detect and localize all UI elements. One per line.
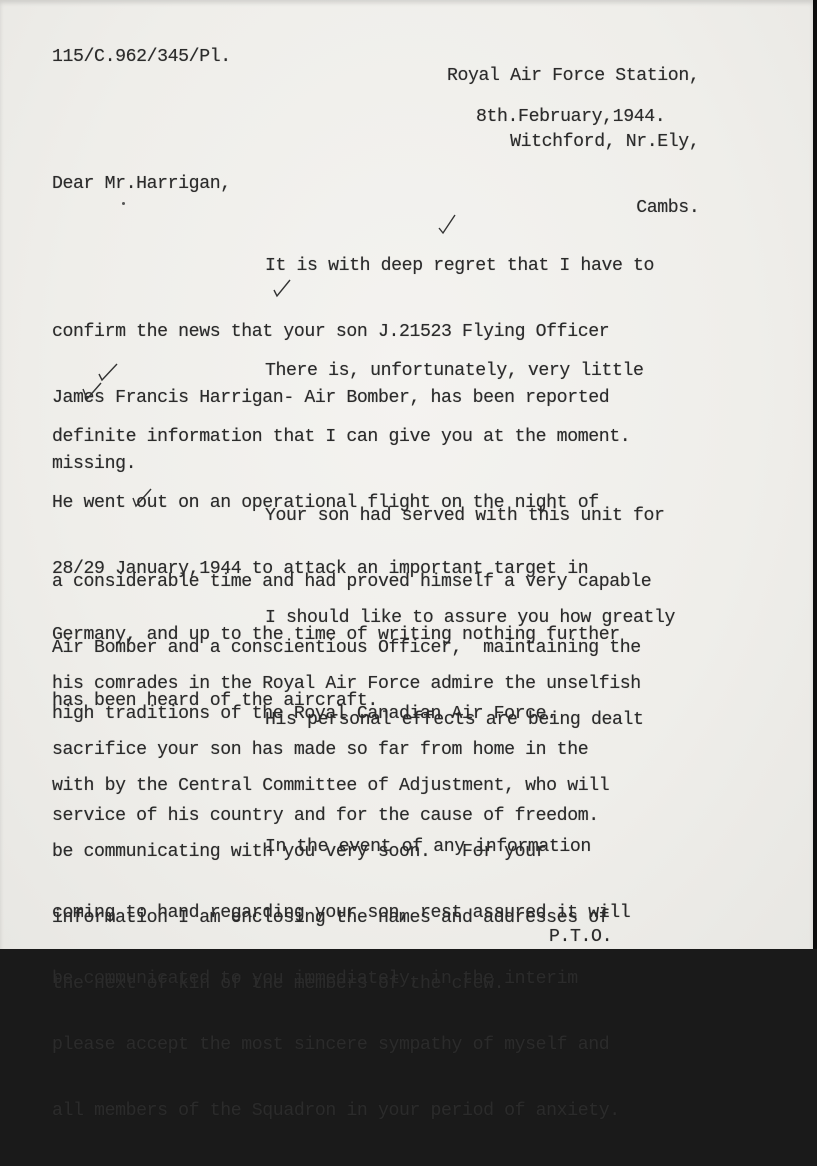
ink-speck <box>122 202 125 205</box>
letter-date: 8th.February,1944. <box>476 106 665 128</box>
letter-page: 115/C.962/345/Pl. Royal Air Force Statio… <box>0 0 813 949</box>
paragraph-line: It is with deep regret that I have to <box>52 255 654 277</box>
salutation: Dear Mr.Harrigan, <box>52 173 231 195</box>
paragraph-line: His personal effects are being dealt <box>52 709 644 731</box>
address-line-1: Royal Air Force Station, <box>447 65 699 87</box>
paragraph-line: Your son had served with this unit for <box>52 505 665 527</box>
paragraph-6: In the event of any information coming t… <box>52 792 630 949</box>
paragraph-line: In the event of any information <box>52 836 630 858</box>
paragraph-line: definite information that I can give you… <box>52 426 644 448</box>
paragraph-line: There is, unfortunately, very little <box>52 360 644 382</box>
reference-number: 115/C.962/345/Pl. <box>52 46 231 68</box>
please-turn-over: P.T.O. <box>549 926 612 948</box>
paragraph-line: I should like to assure you how greatly <box>52 607 675 629</box>
paragraph-line: coming to hand regarding your son, rest … <box>52 902 630 924</box>
scan-edge <box>813 0 817 949</box>
address-line-2: Witchford, Nr.Ely, <box>447 131 699 153</box>
